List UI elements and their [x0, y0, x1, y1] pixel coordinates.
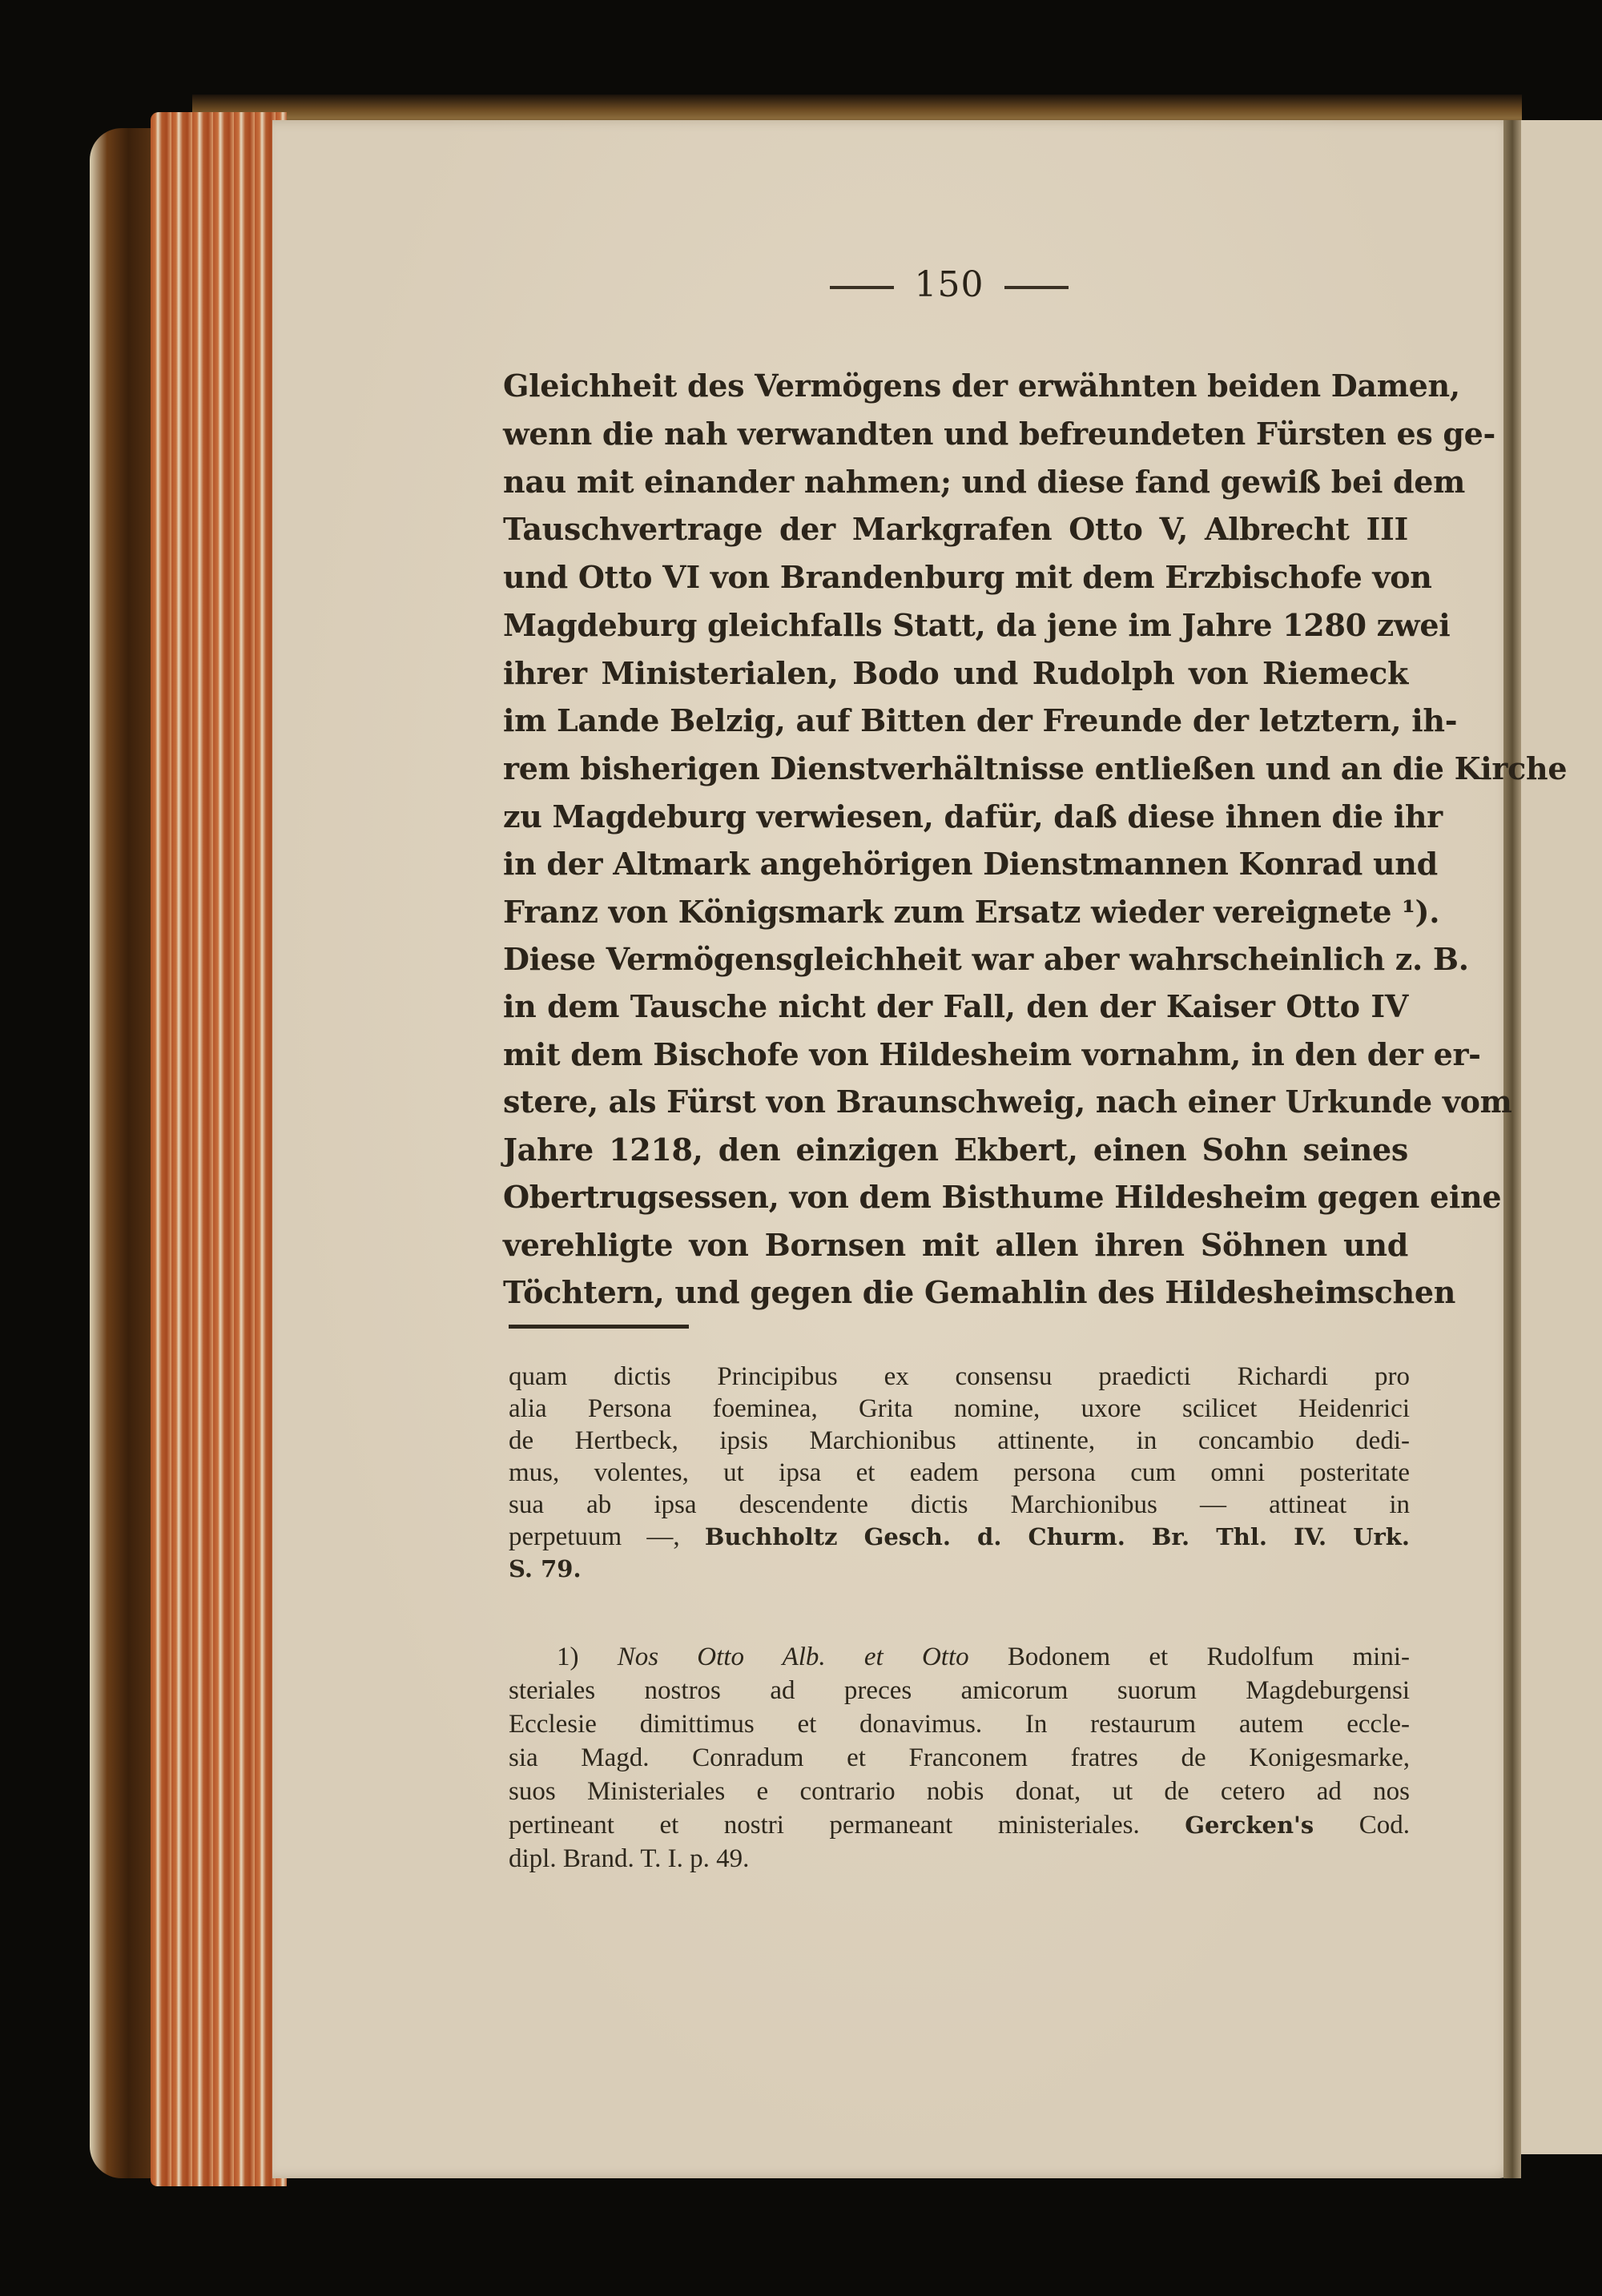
footnote-line: sia Magd. Conradum et Franconem fratres …: [509, 1743, 1410, 1773]
body-line: zu Magdeburg verwiesen, dafür, daß diese…: [503, 798, 1408, 836]
footnote-latin-text: perpetuum —,: [509, 1522, 680, 1551]
page-gutter: [1503, 120, 1521, 2178]
body-line: wenn die nah verwandten und befreundeten…: [503, 415, 1408, 453]
body-line: Jahre 1218, den einzigen Ekbert, einen S…: [503, 1131, 1408, 1169]
body-line: verehligte von Bornsen mit allen ihren S…: [503, 1226, 1408, 1265]
footnote-line: perpetuum —, Buchholtz Gesch. d. Churm. …: [509, 1522, 1410, 1552]
footnote-text: Bodonem et Rudolfum mini-: [1008, 1643, 1410, 1671]
page-number: 150: [915, 264, 984, 305]
footnote-separator: [509, 1325, 689, 1329]
footnote-marker: 1): [557, 1643, 579, 1671]
body-line: mit dem Bischofe von Hildesheim vornahm,…: [503, 1035, 1408, 1074]
body-line: und Otto VI von Brandenburg mit dem Erzb…: [503, 558, 1408, 597]
footnote-citation: Gercken's: [1185, 1811, 1314, 1839]
body-line: Obertrugsessen, von dem Bisthume Hildesh…: [503, 1178, 1408, 1216]
header-dash-right: [1004, 286, 1069, 289]
body-line: rem bisherigen Dienstverhältnisse entlie…: [503, 750, 1408, 788]
body-line: nau mit einander nahmen; und diese fand …: [503, 463, 1408, 501]
footnote-line: suos Ministeriales e contrario nobis don…: [509, 1776, 1410, 1807]
footnote-line: pertineant et nostri permaneant minister…: [509, 1810, 1410, 1840]
footnote-line: 1) Nos Otto Alb. et Otto Bodonem et Rudo…: [509, 1642, 1410, 1672]
body-line: in dem Tausche nicht der Fall, den der K…: [503, 987, 1408, 1026]
facing-page: [1521, 120, 1602, 2154]
body-line: Franz von Königsmark zum Ersatz wieder v…: [503, 893, 1408, 931]
footnote-citation-page: S. 79.: [509, 1555, 582, 1582]
footnote-citation-tail: Cod.: [1359, 1811, 1410, 1840]
footnote-line: alia Persona foeminea, Grita nomine, uxo…: [509, 1393, 1410, 1424]
body-line: stere, als Fürst von Braunschweig, nach …: [503, 1083, 1408, 1121]
footnote-citation: Buchholtz Gesch. d. Churm. Br. Thl. IV. …: [705, 1523, 1410, 1550]
footnote-line: Ecclesie dimittimus et donavimus. In res…: [509, 1709, 1410, 1739]
footnote-line: sua ab ipsa descendente dictis Marchioni…: [509, 1490, 1410, 1520]
body-line: Gleichheit des Vermögens der erwähnten b…: [503, 367, 1408, 405]
body-line: Diese Vermögensgleichheit war aber wahrs…: [503, 940, 1408, 979]
header-dash-left: [830, 286, 894, 289]
body-line: ihrer Ministerialen, Bodo und Rudolph vo…: [503, 654, 1408, 693]
footnote-italic-lead: Nos Otto Alb. et Otto: [618, 1643, 969, 1671]
body-line: Töchtern, und gegen die Gemahlin des Hil…: [503, 1273, 1408, 1312]
body-line: in der Altmark angehörigen Dienstmannen …: [503, 845, 1408, 883]
footnote-line: steriales nostros ad preces amicorum suo…: [509, 1675, 1410, 1706]
footnote-latin-text: pertineant et nostri permaneant minister…: [509, 1811, 1140, 1840]
footnote-line: quam dictis Principibus ex consensu prae…: [509, 1361, 1410, 1392]
page-edges: [151, 112, 287, 2186]
body-line: Magdeburg gleichfalls Statt, da jene im …: [503, 606, 1408, 645]
page-header: 150: [797, 264, 1101, 305]
footnote-line: S. 79.: [509, 1554, 1410, 1584]
footnote-line: de Hertbeck, ipsis Marchionibus attinent…: [509, 1425, 1410, 1456]
body-line: im Lande Belzig, auf Bitten der Freunde …: [503, 702, 1408, 740]
body-line: Tauschvertrage der Markgrafen Otto V, Al…: [503, 510, 1408, 549]
footnote-line: dipl. Brand. T. I. p. 49.: [509, 1844, 1410, 1874]
footnote-line: mus, volentes, ut ipsa et eadem persona …: [509, 1458, 1410, 1488]
